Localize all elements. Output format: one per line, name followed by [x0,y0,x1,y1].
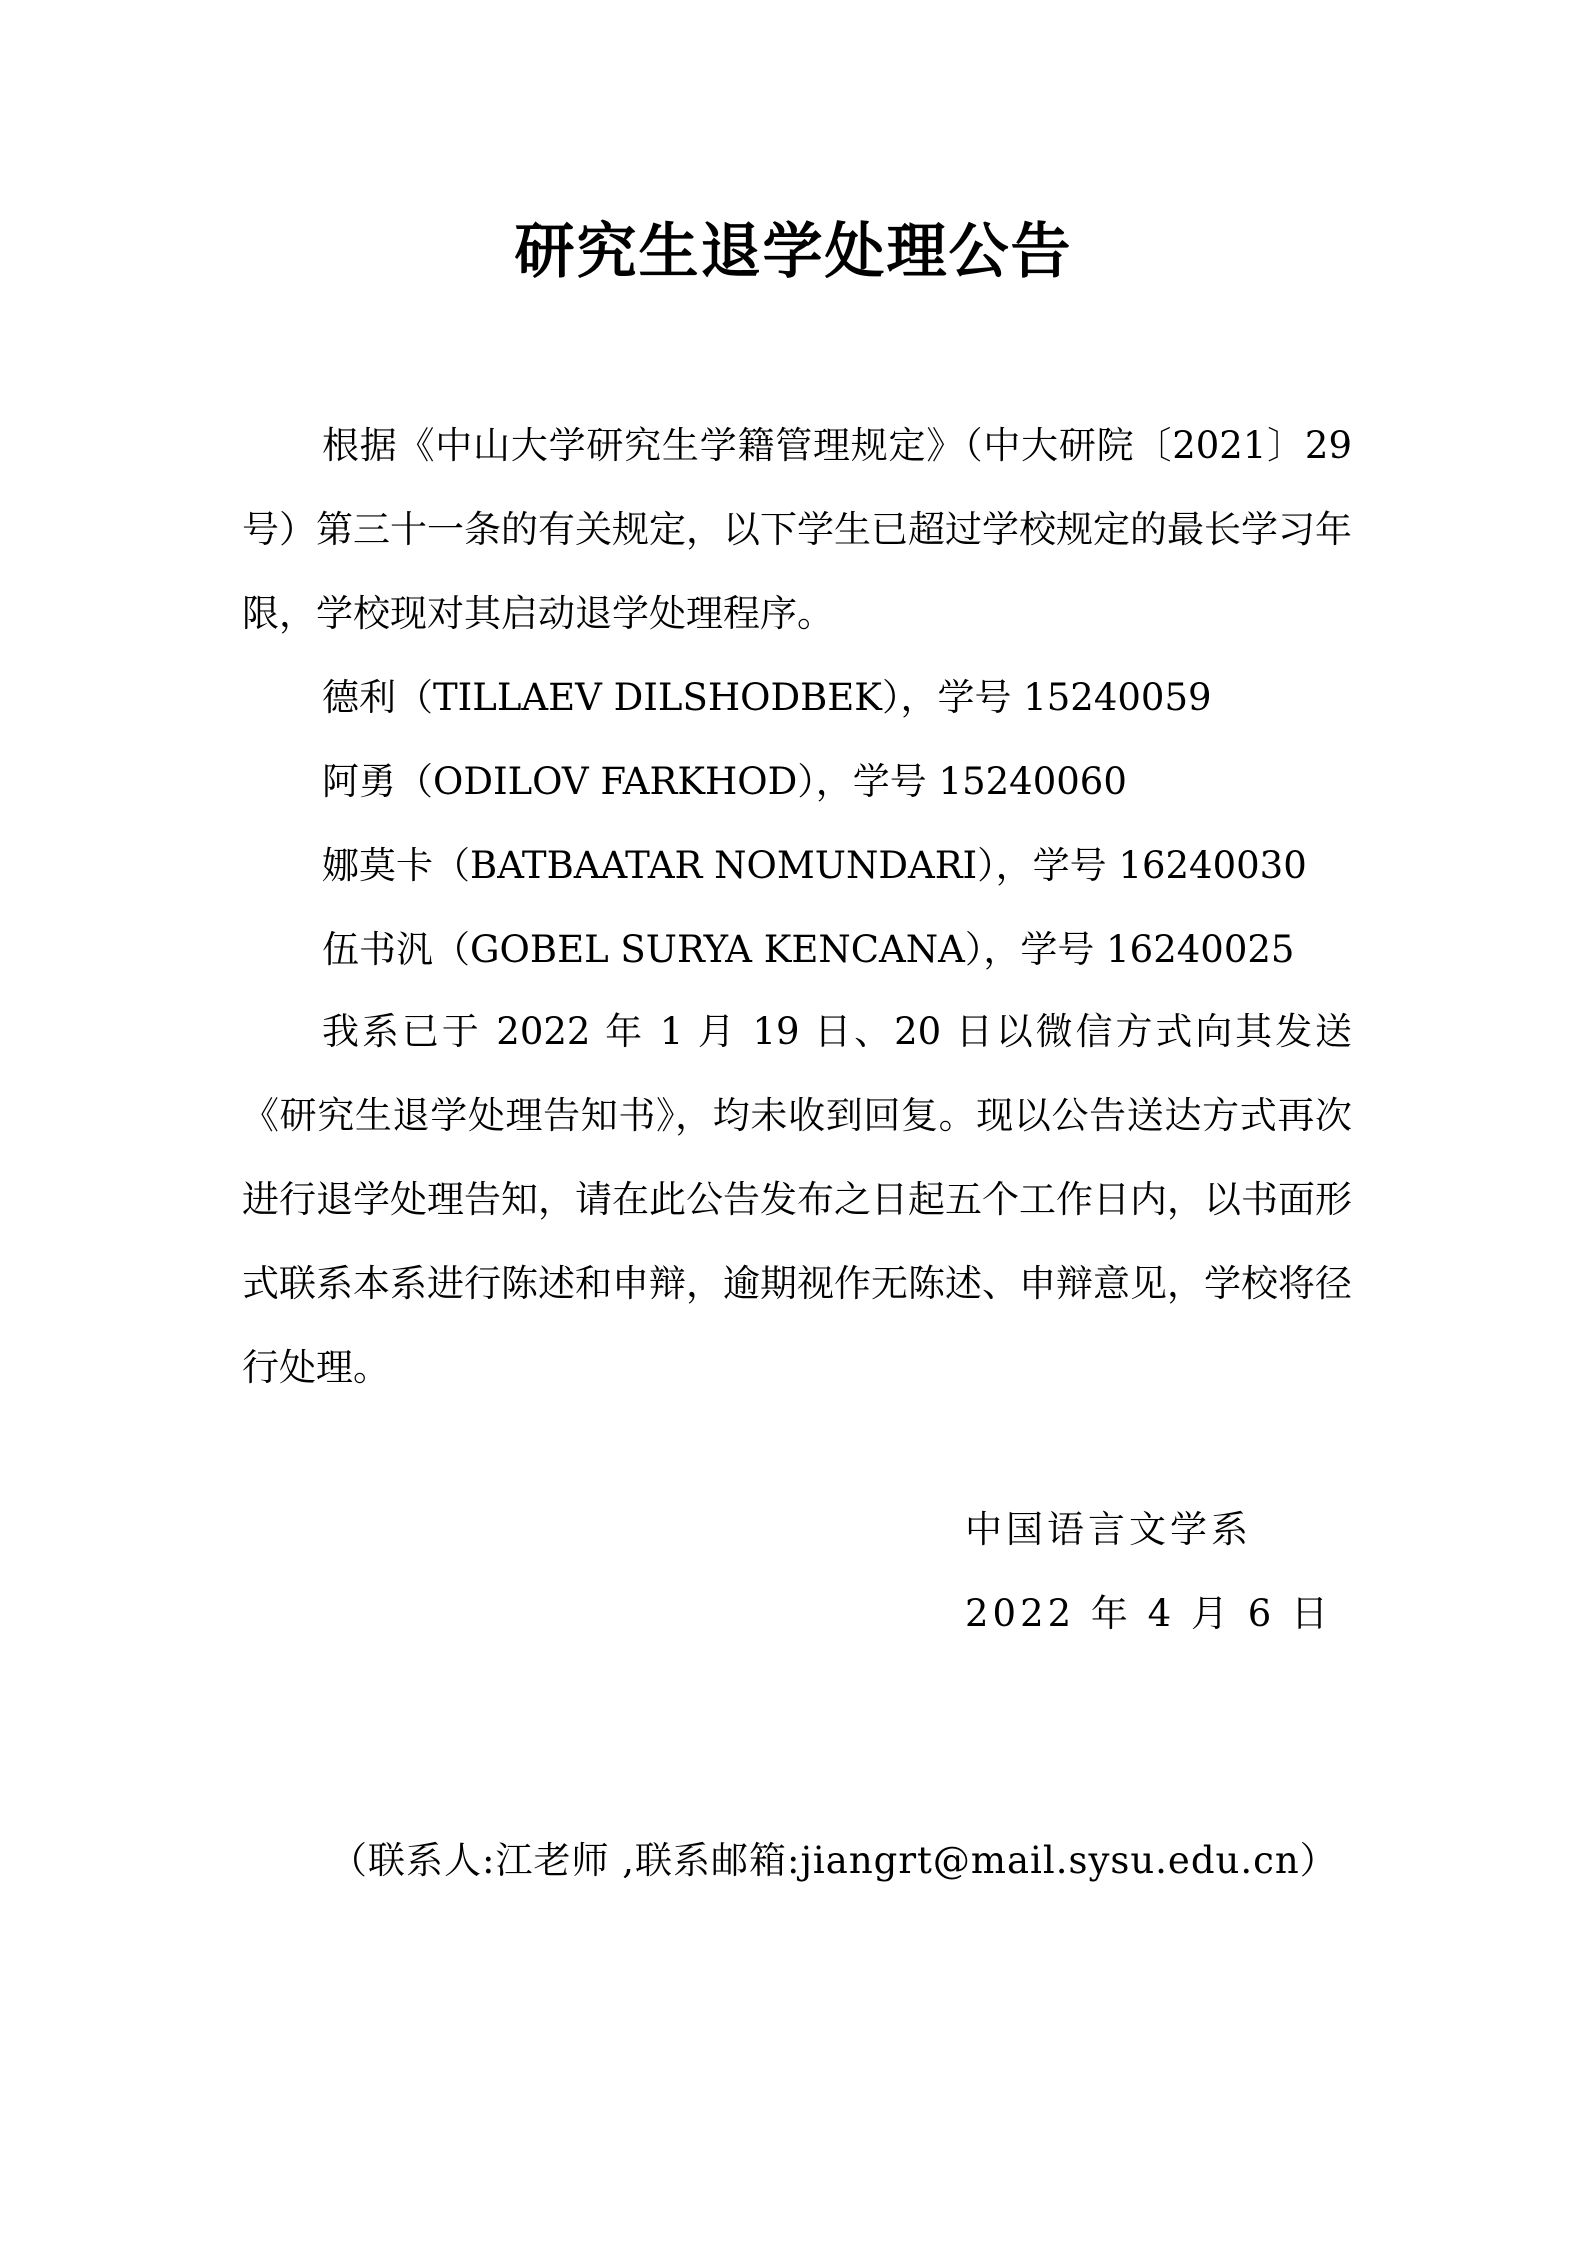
student-entry: 阿勇（ODILOV FARKHOD），学号 15240060 [242,740,1352,824]
document-page: 研究生退学处理公告 根据《中山大学研究生学籍管理规定》（中大研院〔2021〕29… [0,0,1587,2245]
notice-paragraph: 我系已于 2022 年 1 月 19 日、20 日以微信方式向其发送《研究生退学… [242,990,1352,1410]
intro-paragraph: 根据《中山大学研究生学籍管理规定》（中大研院〔2021〕29号）第三十一条的有关… [242,404,1352,656]
page-title: 研究生退学处理公告 [0,212,1587,292]
intro-paragraph-block: 根据《中山大学研究生学籍管理规定》（中大研院〔2021〕29号）第三十一条的有关… [242,404,1352,656]
student-entry: 德利（TILLAEV DILSHODBEK），学号 15240059 [242,656,1352,740]
signature-date: 2022 年 4 月 6 日 [965,1572,1332,1656]
student-list: 德利（TILLAEV DILSHODBEK），学号 15240059 阿勇（OD… [242,656,1352,992]
student-entry: 娜莫卡（BATBAATAR NOMUNDARI），学号 16240030 [242,824,1352,908]
contact-info: （联系人:江老师 ,联系邮箱:jiangrt@mail.sysu.edu.cn） [330,1826,1338,1896]
signature-department: 中国语言文学系 [965,1488,1252,1572]
notice-paragraph-block: 我系已于 2022 年 1 月 19 日、20 日以微信方式向其发送《研究生退学… [242,990,1352,1410]
student-entry: 伍书汎（GOBEL SURYA KENCANA），学号 16240025 [242,908,1352,992]
